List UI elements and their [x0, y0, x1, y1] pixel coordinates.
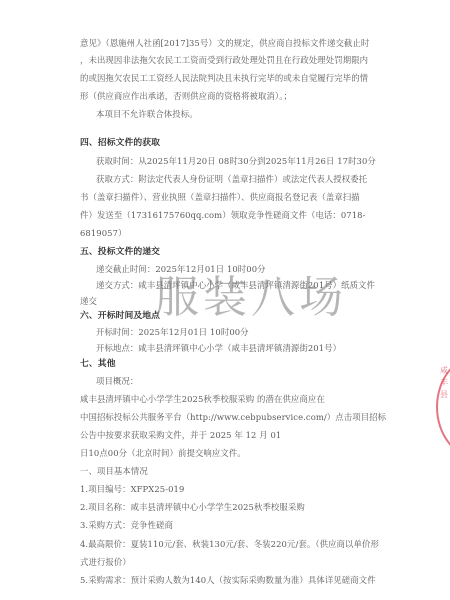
overview-line: 中国招标投标公共服务平台（http://www.cebpubservice.co…	[80, 412, 380, 423]
obtain-method-line: 件）发送至（17316175760qq.com）领取竞争性磋商文件（电话：071…	[80, 210, 380, 221]
watermark: 服装八场	[155, 273, 347, 323]
section-heading-obtain-docs: 四、招标文件的获取	[80, 138, 380, 149]
body-line: 的或因拖欠农民工工资经人民法院判决且未执行完毕的或未自觉履行完毕的情	[80, 73, 380, 84]
section-heading-submission: 五、投标文件的递交	[80, 247, 380, 258]
body-line-no-joint-bid: 本项目不允许联合体投标。	[96, 109, 396, 120]
document-page: 意见》（恩施州人社函[2017]35号）文的规定，供应商自投标文件递交截止时 ，…	[0, 0, 450, 600]
basic-info-item: 3.采购方式：竞争性磋商	[80, 520, 380, 531]
basic-info-item: 2.项目名称：咸丰县清坪镇中心小学学生2025秋季校服采购	[80, 502, 380, 513]
overview-label: 项目概况：	[96, 376, 396, 387]
overview-line: 日10点00分（北京时间）前提交响应文件。	[80, 448, 380, 459]
basic-info-item: 1.项目编号：XFPX25-019	[80, 484, 380, 495]
body-line: 意见》（恩施州人社函[2017]35号）文的规定，供应商自投标文件递交截止时	[80, 38, 380, 49]
body-line: ，未出现因非法拖欠农民工工资而受到行政处理处罚且在行政处理处罚期限内	[80, 55, 380, 66]
overview-line: 公告中按要求获取采购文件，并于 2025 年 12 月 01	[80, 430, 380, 441]
overview-line: 咸丰县清坪镇中心小学学生2025秋季校服采购 的潜在供应商应在	[80, 394, 380, 405]
basic-info-heading: 一、项目基本情况	[80, 466, 380, 477]
opening-time: 开标时间：2025年12月01日 10时00分	[96, 327, 396, 338]
basic-info-item: 式进行报价）	[80, 557, 380, 568]
obtain-time: 获取时间：从2025年11月20日 08时30分到2025年11月26日 17时…	[96, 156, 396, 167]
obtain-method-line: 6819057）	[80, 228, 380, 239]
obtain-method-line: 书（盖章扫描件）、营业执照（盖章扫描件）、供应商报名登记表（盖章扫描	[80, 192, 380, 203]
opening-place: 开标地点：咸丰县清坪镇中心小学（咸丰县清坪镇清源街201号）	[96, 343, 396, 354]
section-heading-other: 七、其他	[80, 359, 380, 370]
seal-text: 咸丰县	[440, 365, 450, 401]
basic-info-item: 5.采购需求：预计采购人数为140人（按实际采购数量为准）具体详见磋商文件	[80, 575, 380, 586]
obtain-method-line: 获取方式：附法定代表人身份证明（盖章扫描件）或法定代表人授权委托	[96, 174, 396, 185]
body-line: 形（供应商应作出承诺，否则供应商的资格将被取消）。；	[80, 91, 380, 102]
basic-info-item: 4.最高限价：夏装110元/套、秋装130元/套、冬装220元/套。（供应商以单…	[80, 539, 380, 550]
